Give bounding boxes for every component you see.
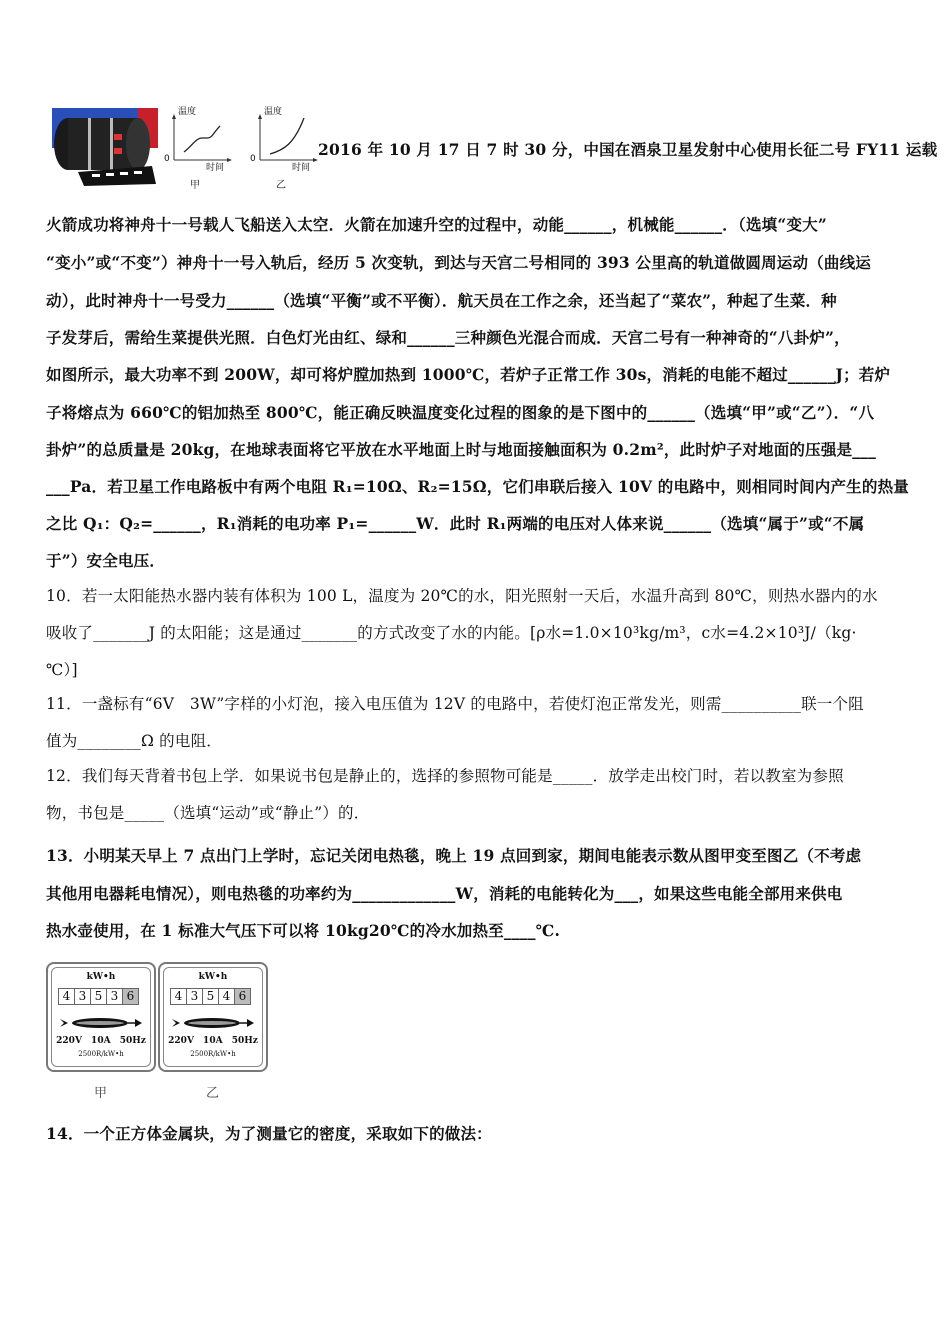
q10-line-3: ℃）] <box>46 660 78 680</box>
electricity-meters-figure: kW•h 4 3 5 3 6 220V 10A 50Hz 2500R/kW•h … <box>46 962 268 1107</box>
meter-disc-icon <box>172 1016 254 1030</box>
meter-digits: 4 3 5 3 6 <box>58 988 139 1005</box>
meter-spec: 220V 10A 50Hz <box>160 1036 266 1046</box>
meter-yi: kW•h 4 3 5 4 6 220V 10A 50Hz 2500R/kW•h <box>158 962 268 1072</box>
meter-digit: 4 <box>219 989 235 1004</box>
graph-jia-plot <box>170 114 234 164</box>
q12-line-2: 物，书包是_____（选填“运动”或“静止”）的． <box>46 803 369 823</box>
q9-line-3: “变小”或“不变”）神舟十一号入轨后，经历 5 次变轨，到达与天宫二号相同的 3… <box>46 253 871 273</box>
q9-figure: 温度 0 时间 甲 温度 0 时间 乙 <box>46 104 316 190</box>
meter-digits: 4 3 5 4 6 <box>170 988 251 1005</box>
q9-line-1: 2016 年 10 月 17 日 7 时 30 分，中国在酒泉卫星发射中心使用长… <box>318 140 937 160</box>
meter-digit: 5 <box>91 989 107 1004</box>
q9-line-5: 子发芽后，需给生菜提供光照．白色灯光由红、绿和______三种颜色光混合而成．天… <box>46 328 850 348</box>
q9-line-7: 子将熔点为 660℃的铝加热至 800℃，能正确反映温度变化过程的图象的是下图中… <box>46 403 874 423</box>
meter-digit: 3 <box>107 989 123 1004</box>
meter-unit: kW•h <box>48 972 154 982</box>
meter-unit: kW•h <box>160 972 266 982</box>
graph-jia: 温度 0 时间 甲 <box>164 104 234 190</box>
q13-line-2: 其他用电器耗电情况），则电热毯的功率约为_____________W，消耗的电能… <box>46 884 842 904</box>
q9-line-10: 之比 Q₁：Q₂=______，R₁消耗的电功率 P₁=______W．此时 R… <box>46 514 864 534</box>
q9-line-9: ___Pa．若卫星工作电路板中有两个电阻 R₁=10Ω、R₂=15Ω，它们串联后… <box>46 477 909 497</box>
meter-jia: kW•h 4 3 5 3 6 220V 10A 50Hz 2500R/kW•h <box>46 962 156 1072</box>
q9-line-8: 卦炉”的总质量是 20kg，在地球表面将它平放在水平地面上时与地面接触面积为 0… <box>46 440 876 460</box>
graph-caption: 乙 <box>276 176 286 191</box>
bagua-furnace-image <box>48 106 160 186</box>
origin-label: 0 <box>164 154 170 164</box>
q11-line-2: 值为________Ω 的电阻． <box>46 731 222 751</box>
q11-line-1: 11．一盏标有“6V 3W”字样的小灯泡，接入电压值为 12V 的电路中，若使灯… <box>46 694 864 714</box>
graph-yi: 温度 0 时间 乙 <box>250 104 320 190</box>
q10-line-2: 吸收了_______J 的太阳能；这是通过_______的方式改变了水的内能。[… <box>46 623 857 643</box>
meter-caption-jia: 甲 <box>94 1082 107 1101</box>
q13-line-1: 13．小明某天早上 7 点出门上学时，忘记关闭电热毯，晚上 19 点回到家，期间… <box>46 846 861 866</box>
q12-line-1: 12．我们每天背着书包上学．如果说书包是静止的，选择的参照物可能是_____．放… <box>46 766 844 786</box>
q9-line-11: 于”）安全电压． <box>46 551 165 571</box>
q14-line-1: 14．一个正方体金属块，为了测量它的密度，采取如下的做法： <box>46 1124 492 1144</box>
meter-disc-icon <box>60 1016 142 1030</box>
q9-line-6: 如图所示，最大功率不到 200W，却可将炉膛加热到 1000℃，若炉子正常工作 … <box>46 365 890 385</box>
meter-digit: 5 <box>203 989 219 1004</box>
graph-caption: 甲 <box>190 176 200 191</box>
q9-line-2: 火箭成功将神舟十一号载人飞船送入太空．火箭在加速升空的过程中，动能______，… <box>46 215 827 235</box>
meter-digit: 3 <box>75 989 91 1004</box>
x-axis-label: 时间 <box>292 160 310 173</box>
q10-line-1: 10．若一太阳能热水器内装有体积为 100 L，温度为 20℃的水，阳光照射一天… <box>46 586 878 606</box>
x-axis-label: 时间 <box>206 160 224 173</box>
meter-spec: 220V 10A 50Hz <box>48 1036 154 1046</box>
meter-caption-yi: 乙 <box>206 1082 219 1101</box>
meter-digit: 4 <box>59 989 75 1004</box>
meter-digit-decimal: 6 <box>123 989 138 1004</box>
q9-line-4: 动），此时神舟十一号受力______（选填“平衡”或不平衡）．航天员在工作之余，… <box>46 291 837 311</box>
q13-line-3: 热水壶使用，在 1 标准大气压下可以将 10kg20℃的冷水加热至____℃. <box>46 921 560 941</box>
meter-digit: 3 <box>187 989 203 1004</box>
graph-yi-plot <box>256 114 320 164</box>
meter-rate: 2500R/kW•h <box>48 1050 154 1058</box>
meter-digit-decimal: 6 <box>235 989 250 1004</box>
meter-rate: 2500R/kW•h <box>160 1050 266 1058</box>
origin-label: 0 <box>250 154 256 164</box>
meter-digit: 4 <box>171 989 187 1004</box>
